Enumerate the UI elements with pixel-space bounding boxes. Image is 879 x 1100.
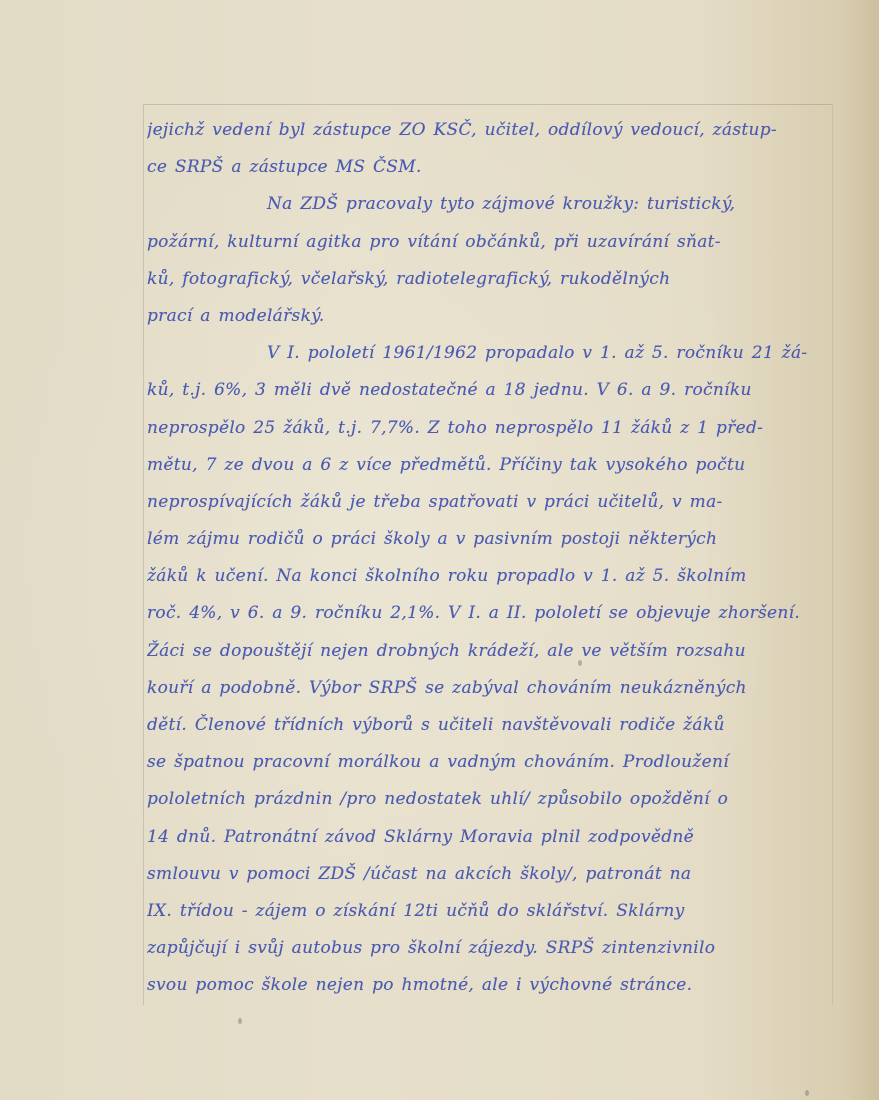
text-line-9: neprospělo 25 žáků, t.j. 7,7%. Z toho ne… <box>147 410 822 447</box>
paper-speck <box>238 1018 242 1024</box>
text-line-23: zapůjčují i svůj autobus pro školní záje… <box>147 930 822 967</box>
text-line-13: žáků k učení. Na konci školního roku pro… <box>147 558 822 595</box>
text-line-20: 14 dnů. Patronátní závod Sklárny Moravia… <box>147 819 822 856</box>
text-line-19: pololetních prázdnin /pro nedostatek uhl… <box>147 781 822 818</box>
text-line-11: neprospívajících žáků je třeba spatřovat… <box>147 484 822 521</box>
text-line-7-paragraph-start: V I. pololetí 1961/1962 propadalo v 1. a… <box>147 335 822 372</box>
text-line-21: smlouvu v pomoci ZDŠ /účast na akcích šk… <box>147 856 822 893</box>
text-line-1: jejichž vedení byl zástupce ZO KSČ, učit… <box>147 112 822 149</box>
text-line-6: prací a modelářský. <box>147 298 822 335</box>
text-line-8: ků, t.j. 6%, 3 měli dvě nedostatečné a 1… <box>147 372 822 409</box>
text-line-2: ce SRPŠ a zástupce MS ČSM. <box>147 149 822 186</box>
text-line-5: ků, fotografický, včelařský, radiotelegr… <box>147 261 822 298</box>
text-line-3-paragraph-start: Na ZDŠ pracovaly tyto zájmové kroužky: t… <box>147 186 822 223</box>
paper-speck <box>578 660 582 666</box>
handwritten-text-block: jejichž vedení byl zástupce ZO KSČ, učit… <box>147 112 822 1005</box>
paper-speck <box>805 1090 809 1096</box>
text-line-15: Žáci se dopouštějí nejen drobných krádež… <box>147 633 822 670</box>
text-line-17: dětí. Členové třídních výborů s učiteli … <box>147 707 822 744</box>
text-line-4: požární, kulturní agitka pro vítání občá… <box>147 224 822 261</box>
text-line-24: svou pomoc škole nejen po hmotné, ale i … <box>147 967 822 1004</box>
text-line-12: lém zájmu rodičů o práci školy a v pasiv… <box>147 521 822 558</box>
text-line-18: se špatnou pracovní morálkou a vadným ch… <box>147 744 822 781</box>
text-line-14: roč. 4%, v 6. a 9. ročníku 2,1%. V I. a … <box>147 595 822 632</box>
text-line-22: IX. třídou - zájem o získání 12ti učňů d… <box>147 893 822 930</box>
text-line-10: mětu, 7 ze dvou a 6 z více předmětů. Pří… <box>147 447 822 484</box>
text-line-16: kouří a podobně. Výbor SRPŠ se zabýval c… <box>147 670 822 707</box>
